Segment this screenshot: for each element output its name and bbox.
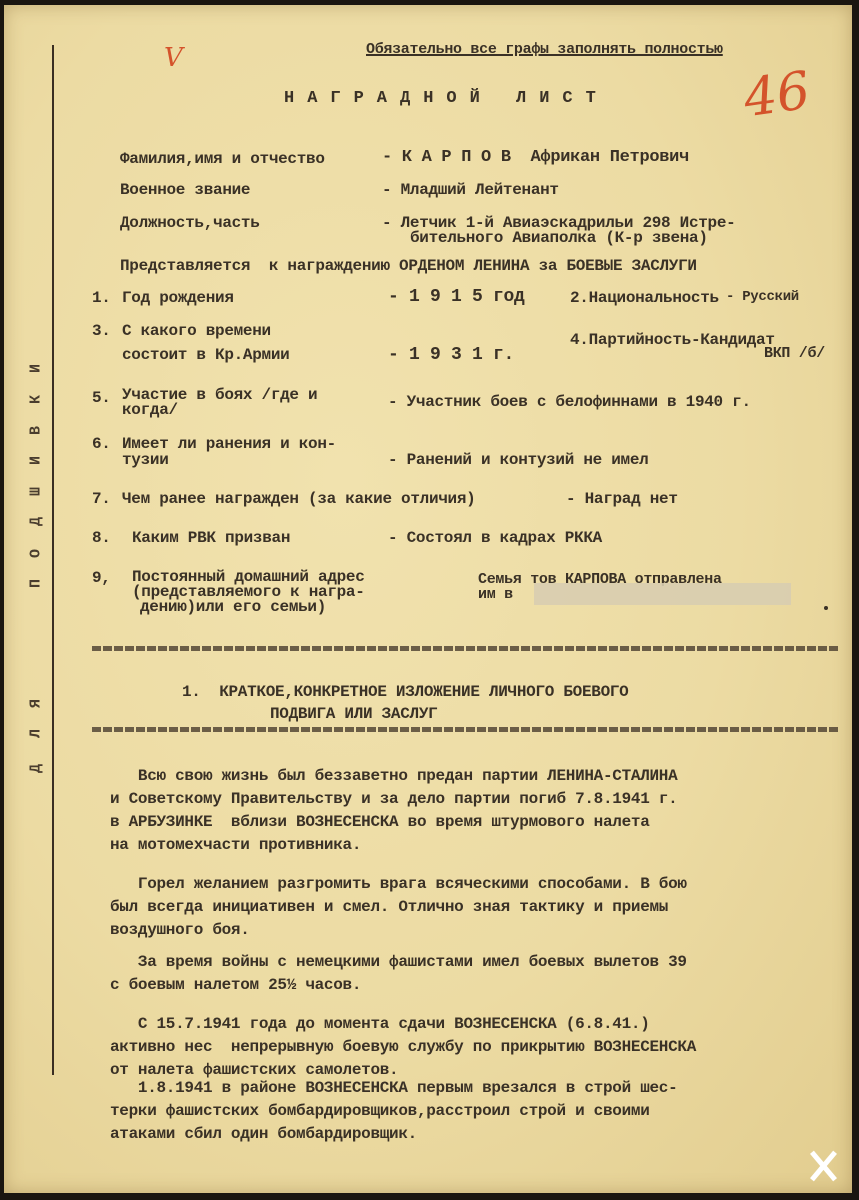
citation-line: За время войны с немецкими фашистами име… [110,953,687,971]
citation-line: воздушного боя. [110,921,250,939]
typed-rule-top [92,646,840,651]
position-value-line2: бительного Авиаполка (К-р звена) [410,229,708,247]
item-1-number: 1. [92,289,111,307]
item-7-value: - Наград нет [566,490,678,508]
margin-letter: И [28,449,45,473]
margin-line [52,45,54,1075]
item-7-number: 7. [92,490,111,508]
item-3-label-line1: С какого времени [122,322,271,340]
item-9-label-line3: дению)или его семьи) [140,598,326,616]
red-handwritten-number: 46 [740,61,813,130]
margin-letter: О [28,542,45,566]
citation-line: Всю свою жизнь был беззаветно предан пар… [110,767,677,785]
margin-letter: И [28,357,45,381]
margin-letter: Ш [28,480,45,504]
red-check-mark: V [164,43,182,73]
item-9-value-line2: им в [478,586,513,603]
document-title: НАГРАДНОЙ ЛИСТ [284,89,609,108]
item-2-label: 2.Национальность [570,289,719,307]
item-5-value: - Участник боев с белофиннами в 1940 г. [388,393,751,411]
section-heading-line2: ПОДВИГА ИЛИ ЗАСЛУГ [270,705,437,723]
header-notice: Обязательно все графы заполнять полность… [366,41,723,58]
citation-line: был всегда инициативен и смел. Отлично з… [110,898,668,916]
position-label: Должность,часть [120,214,260,232]
citation-line: с боевым налетом 25½ часов. [110,976,361,994]
rank-label: Военное звание [120,181,250,199]
margin-letter: П [28,572,45,596]
item-5-label-line2: когда/ [122,401,178,419]
citation-line: терки фашистских бомбардировщиков,расстр… [110,1102,650,1120]
item-2-value: - Русский [726,289,799,305]
item-4-label: 4.Партийность-Кандидат [570,331,775,349]
item-3-number: 3. [92,322,111,340]
redacted-address [534,583,791,605]
margin-letter: Д [28,510,45,534]
item-6-label-line2: тузии [122,451,169,469]
name-value: - К А Р П О В Африкан Петрович [382,148,689,167]
margin-letter: В [28,419,45,443]
item-8-label: Каким РВК призван [132,529,290,547]
item-4-value-line2: ВКП /б/ [764,345,825,362]
item-1-value: - 1 9 1 5 год [388,287,525,307]
item-6-value: - Ранений и контузий не имел [388,451,648,469]
typed-rule-bottom [92,727,840,732]
margin-label-dlya-podshivki: Д Л Я П О Д Ш И В К И [24,305,48,785]
item-8-value: - Состоял в кадрах РККА [388,529,602,547]
margin-letter: Л [28,722,45,746]
item-3-value: - 1 9 3 1 г. [388,345,514,365]
margin-letter: Я [28,692,45,716]
margin-letter: К [28,388,45,412]
ink-dot [824,606,828,610]
citation-line: 1.8.1941 в районе ВОЗНЕСЕНСКА первым вре… [110,1079,677,1097]
item-1-label: Год рождения [122,289,234,307]
item-8-number: 8. [92,529,111,547]
citation-line: в АРБУЗИНКЕ вблизи ВОЗНЕСЕНСКА во время … [110,813,650,831]
item-9-number: 9, [92,569,111,587]
citation-line: и Советскому Правительству и за дело пар… [110,790,677,808]
award-sheet-page: Д Л Я П О Д Ш И В К И V Обязательно все … [4,5,852,1193]
citation-line: активно нес непрерывную боевую службу по… [110,1038,696,1056]
item-6-number: 6. [92,435,111,453]
watermark-x-logo [808,1151,838,1181]
nomination-line: Представляется к награждению ОРДЕНОМ ЛЕН… [120,257,697,275]
name-label: Фамилия,имя и отчество [120,150,325,168]
item-7-label: Чем ранее награжден (за какие отличия) [122,490,475,508]
item-3-label-line2: состоит в Кр.Армии [122,346,289,364]
rank-value: - Младший Лейтенант [382,181,559,199]
citation-line: на мотомехчасти противника. [110,836,361,854]
citation-line: Горел желанием разгромить врага всячески… [110,875,687,893]
citation-line: С 15.7.1941 года до момента сдачи ВОЗНЕС… [110,1015,650,1033]
citation-line: атаками сбил один бомбардировщик. [110,1125,417,1143]
item-5-number: 5. [92,389,111,407]
section-heading-line1: 1. КРАТКОЕ,КОНКРЕТНОЕ ИЗЛОЖЕНИЕ ЛИЧНОГО … [182,683,628,701]
citation-line: от налета фашистских самолетов. [110,1061,398,1079]
margin-letter: Д [28,757,45,781]
